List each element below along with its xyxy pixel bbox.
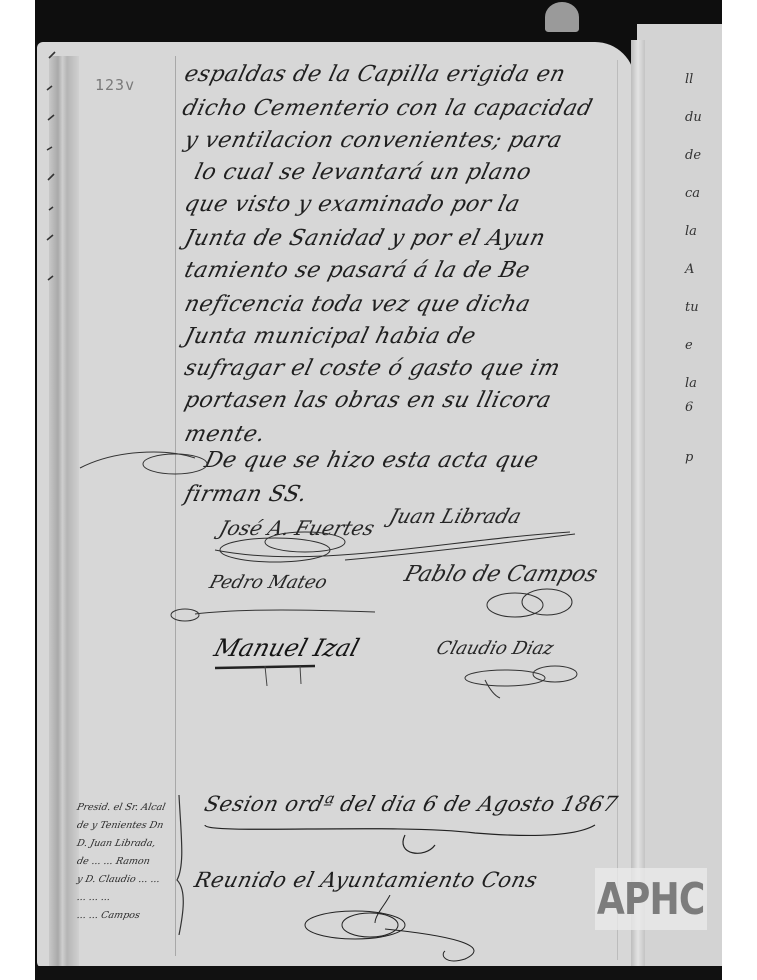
margin-note-line: D. Juan Librada, [76, 838, 157, 849]
watermark-text: APHC [597, 874, 705, 925]
margin-note-line: ... ... ... [76, 892, 112, 903]
body-line: De que se hizo esta acta que [202, 448, 541, 473]
facing-fragment: du [685, 110, 702, 125]
body-line: Junta municipal habia de [182, 324, 479, 349]
margin-note-line: de ... ... Ramon [76, 856, 151, 867]
signature-rubric [455, 660, 595, 700]
body-line: neficencia toda vez que dicha [182, 292, 533, 317]
heading-underline-flourish [195, 815, 615, 865]
body-line: tamiento se pasará á la de Be [182, 258, 533, 283]
margin-note-line: de y Tenientes Dn [76, 820, 165, 831]
paragraph-flourish [295, 895, 515, 965]
body-line: que visto y examinado por la [182, 192, 523, 217]
facing-fragment: de [685, 148, 701, 163]
body-line: lo cual se levantará un plano [192, 160, 534, 185]
backdrop-bottom [35, 966, 722, 980]
margin-note-line: ... ... Campos [76, 910, 141, 921]
body-line: Junta de Sanidad y por el Ayun [182, 226, 548, 251]
session-opening: Reunido el Ayuntamiento Cons [192, 868, 540, 892]
facing-fragment: ca [685, 186, 700, 201]
folio-number: 123v [95, 76, 135, 94]
signature-rubric [475, 580, 595, 630]
binding-ink-marks [41, 50, 61, 310]
facing-fragment: ll [685, 72, 693, 87]
facing-fragment: la [685, 376, 697, 391]
paragraph-flourish [75, 440, 235, 480]
facing-fragment: e [685, 338, 693, 353]
margin-note-line: y D. Claudio ... ... [76, 874, 161, 885]
session-heading: Sesion ordª del dia 6 de Agosto 1867 [202, 792, 620, 816]
facing-page [637, 24, 722, 970]
body-line: y ventilacion convenientes; para [182, 128, 565, 153]
body-line: dicho Cementerio con la capacidad [180, 96, 595, 121]
manuscript-scan: ll du de ca la A tu e la 6 p 123v espald… [35, 0, 722, 980]
facing-fragment: tu [685, 300, 699, 315]
signature: Claudio Diaz [434, 638, 556, 659]
body-line: sufragar el coste ó gasto que im [182, 356, 563, 381]
signature-underline [205, 660, 345, 690]
facing-fragment: 6 [685, 400, 693, 415]
facing-fragment: p [685, 450, 693, 465]
margin-note-line: Presid. el Sr. Alcal [76, 802, 167, 813]
archive-watermark: APHC [595, 868, 707, 930]
body-line: espaldas de la Capilla erigida en [182, 62, 568, 87]
facing-fragment: A [685, 262, 694, 277]
right-margin-rule [617, 60, 618, 960]
body-line: firman SS. [182, 482, 310, 507]
signature-rubric [165, 600, 385, 630]
thumb-holding-page [545, 2, 579, 32]
signature: Manuel Izal [211, 634, 362, 662]
page-gutter [631, 40, 645, 970]
facing-fragment: la [685, 224, 697, 239]
body-line: portasen las obras en su llicora [182, 388, 554, 413]
